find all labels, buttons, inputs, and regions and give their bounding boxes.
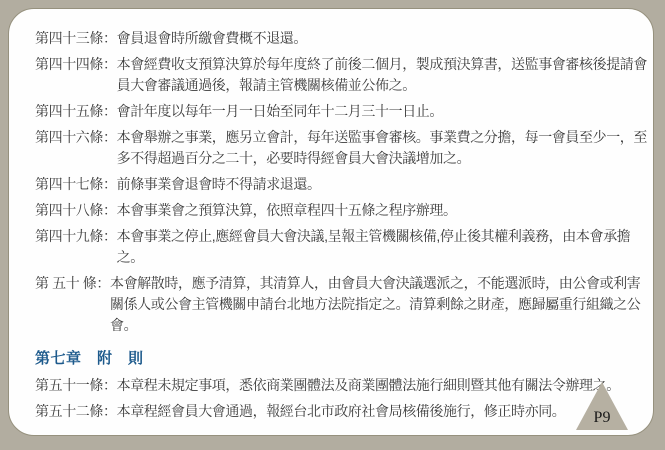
article-label: 第四十三條： — [35, 28, 117, 49]
article-label: 第四十六條： — [35, 127, 117, 148]
page-number-triangle: P9 — [576, 382, 628, 430]
article-text: 本會事業之停止,應經會員大會決議,呈報主管機關核備,停止後其權利義務，由本會承擔… — [117, 226, 647, 268]
article-row-43: 第四十三條： 會員退會時所繳會費概不退還。 — [35, 28, 647, 49]
article-row-45: 第四十五條： 會計年度以每年一月一日始至同年十二月三十一日止。 — [35, 101, 647, 122]
article-label: 第五十二條： — [35, 401, 117, 422]
article-text: 會計年度以每年一月一日始至同年十二月三十一日止。 — [117, 101, 647, 122]
page-number-label: P9 — [588, 409, 616, 427]
article-text: 本會經費收支預算決算於每年度終了前後二個月，製成預決算書，送監事會審核後提請會員… — [117, 54, 647, 96]
article-text: 本會事業會之預算決算，依照章程四十五條之程序辦理。 — [117, 200, 647, 221]
article-label: 第四十七條： — [35, 174, 117, 195]
document-card: 第四十三條： 會員退會時所繳會費概不退還。 第四十四條： 本會經費收支預算決算於… — [8, 8, 654, 436]
article-label: 第四十九條： — [35, 226, 117, 247]
article-label: 第 五十 條： — [35, 273, 110, 294]
article-label: 第四十五條： — [35, 101, 117, 122]
article-row-50: 第 五十 條： 本會解散時，應予清算，其清算人，由會員大會決議選派之，不能選派時… — [35, 273, 647, 336]
article-label: 第四十四條： — [35, 54, 117, 75]
article-row-52: 第五十二條： 本章程經會員大會通過，報經台北市政府社會局核備後施行，修正時亦同。 — [35, 401, 647, 422]
article-label: 第四十八條： — [35, 200, 117, 221]
article-text: 本章程未規定事項，悉依商業團體法及商業團體法施行細則暨其他有關法令辦理之。 — [117, 375, 647, 396]
article-text: 本章程經會員大會通過，報經台北市政府社會局核備後施行，修正時亦同。 — [117, 401, 647, 422]
article-row-44: 第四十四條： 本會經費收支預算決算於每年度終了前後二個月，製成預決算書，送監事會… — [35, 54, 647, 96]
article-label: 第五十一條： — [35, 375, 117, 396]
chapter-heading: 第七章 附 則 — [35, 347, 647, 368]
article-row-51: 第五十一條： 本章程未規定事項，悉依商業團體法及商業團體法施行細則暨其他有關法令… — [35, 375, 647, 396]
article-row-49: 第四十九條： 本會事業之停止,應經會員大會決議,呈報主管機關核備,停止後其權利義… — [35, 226, 647, 268]
article-text: 前條事業會退會時不得請求退還。 — [117, 174, 647, 195]
article-row-48: 第四十八條： 本會事業會之預算決算，依照章程四十五條之程序辦理。 — [35, 200, 647, 221]
article-text: 本會舉辦之事業，應另立會計，每年送監事會審核。事業費之分擔，每一會員至少一，至多… — [117, 127, 647, 169]
article-text: 會員退會時所繳會費概不退還。 — [117, 28, 647, 49]
article-row-46: 第四十六條： 本會舉辦之事業，應另立會計，每年送監事會審核。事業費之分擔，每一會… — [35, 127, 647, 169]
article-text: 本會解散時，應予清算，其清算人，由會員大會決議選派之，不能選派時，由公會或利害關… — [110, 273, 647, 336]
article-row-47: 第四十七條： 前條事業會退會時不得請求退還。 — [35, 174, 647, 195]
